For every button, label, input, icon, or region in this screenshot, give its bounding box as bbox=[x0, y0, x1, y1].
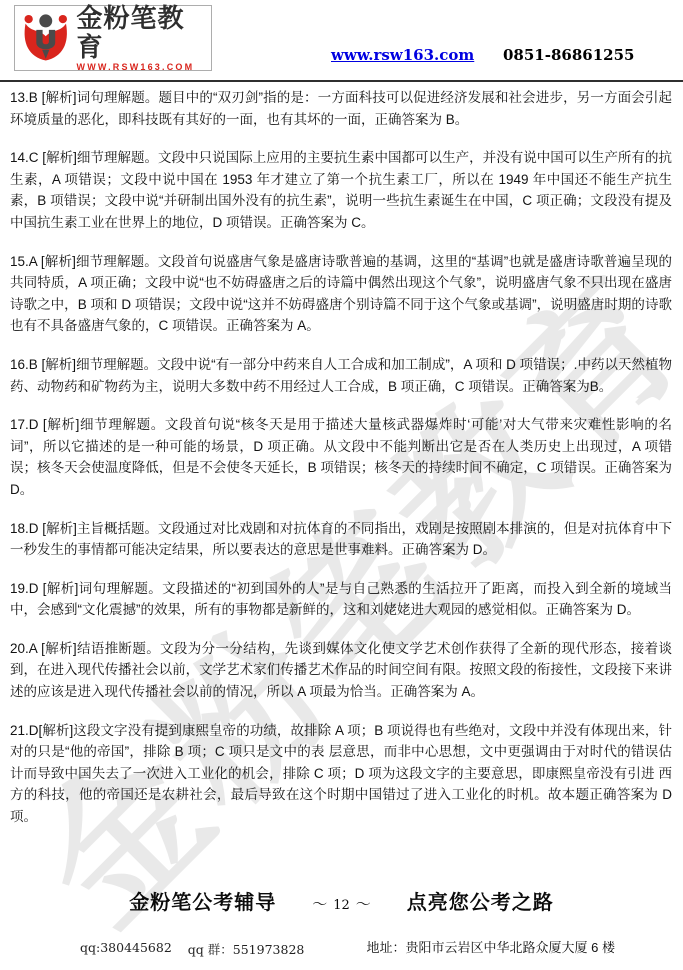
brand-url-caption: WWW.RSW163.COM bbox=[77, 63, 206, 72]
pager-tilde-right: ～ bbox=[356, 893, 371, 914]
answer-paragraph-17: 17.D [解析]细节理解题。文段首句说“核冬天是用于描述大量核武器爆炸时‘可能… bbox=[10, 414, 672, 500]
answer-paragraph-15: 15.A [解析]细节理解题。文段首句说盛唐气象是盛唐诗歌普遍的基调，这里的“基… bbox=[10, 251, 672, 337]
answer-paragraph-16: 16.B [解析]细节理解题。文段中说“有一部分中药来自人工合成和加工制成”，A… bbox=[10, 354, 672, 397]
footer-brand: 金粉笔公考辅导 bbox=[129, 886, 276, 915]
footer-slogan: 点亮您公考之路 bbox=[407, 886, 554, 915]
pager-tilde-left: ～ bbox=[312, 893, 327, 914]
brand-emblem-icon bbox=[21, 10, 71, 66]
answer-paragraph-20: 20.A [解析]结语推断题。文段为分一分结构，先谈到媒体文化使文学艺术创作获得… bbox=[10, 638, 672, 703]
qq-number: qq:380445682 bbox=[80, 940, 172, 958]
brand-logo: 金粉笔教育 WWW.RSW163.COM bbox=[14, 5, 212, 71]
answer-paragraph-18: 18.D [解析]主旨概括题。文段通过对比戏剧和对抗体育的不同指出，戏剧是按照剧… bbox=[10, 518, 672, 561]
answer-paragraph-21: 21.D[解析]这段文字没有提到康熙皇帝的功绩，故排除 A 项；B 项说得也有些… bbox=[10, 720, 672, 828]
answer-paragraph-19: 19.D [解析]词句理解题。文段描述的“初到国外的人”是与自己熟悉的生活拉开了… bbox=[10, 578, 672, 621]
answer-paragraph-13: 13.B [解析]词句理解题。题目中的“双刃剑”指的是：一方面科技可以促进经济发… bbox=[10, 87, 672, 130]
qq-group-number: qq 群：551973828 bbox=[188, 940, 305, 958]
footer-contact-row: qq:380445682 qq 群：551973828 地址：贵阳市云岩区中华北… bbox=[0, 937, 683, 958]
page-number: 12 bbox=[333, 898, 350, 913]
qq-contacts: qq:380445682 qq 群：551973828 bbox=[80, 940, 304, 958]
page-indicator: ～ 12 ～ bbox=[312, 893, 371, 914]
phone-number: 0851-86861255 bbox=[503, 46, 634, 64]
document-page: 金粉笔教育 WWW.RSW163.COM www.rsw163.com 0851… bbox=[0, 0, 683, 970]
answer-paragraph-14: 14.C [解析]细节理解题。文段中只说国际上应用的主要抗生素中国都可以生产，并… bbox=[10, 147, 672, 233]
brand-text: 金粉笔教育 WWW.RSW163.COM bbox=[77, 4, 206, 72]
website-link[interactable]: www.rsw163.com bbox=[331, 46, 474, 64]
footer-banner: 金粉笔公考辅导 ～ 12 ～ 点亮您公考之路 bbox=[0, 886, 683, 915]
answer-explanations: 13.B [解析]词句理解题。题目中的“双刃剑”指的是：一方面科技可以促进经济发… bbox=[10, 87, 672, 845]
header-divider bbox=[0, 80, 683, 82]
brand-title: 金粉笔教育 bbox=[77, 4, 206, 61]
address: 地址：贵阳市云岩区中华北路众厦大厦 6 楼 bbox=[367, 937, 615, 956]
